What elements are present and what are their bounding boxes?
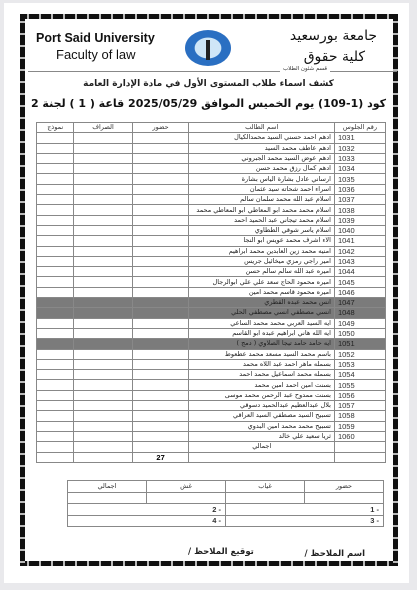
cashier-cell[interactable] [74,277,132,287]
summary-header-row: حضور غياب غش اجمالي [68,481,384,493]
attendance-cell[interactable] [132,184,189,194]
student-name: انس محمد عبده القطري [189,298,334,308]
attendance-cell[interactable] [132,328,189,338]
total-value: 27 [132,452,189,462]
student-name: انسي مصطفي انسي مصطفي الحلي [189,308,334,318]
table-header-row: رقم الجلوس اسم الطالب حضور الصراف نموذج [37,123,386,133]
student-name: ايه السيد العربي محمد محمد الساعي [189,318,334,328]
summary-item-2: - 2 [68,504,226,516]
cashier-cell[interactable] [74,215,132,225]
attendance-cell[interactable] [132,174,189,184]
attendance-cell[interactable] [132,205,189,215]
seat-number: 1046 [334,287,385,297]
table-row: 1037اسلام عبد الله محمد سلمان سالم [37,195,386,205]
form-cell[interactable] [37,256,74,266]
form-cell[interactable] [37,421,74,431]
attendance-cell[interactable] [132,380,189,390]
attendance-cell[interactable] [132,133,189,143]
seat-number: 1053 [334,359,385,369]
cashier-cell[interactable] [74,411,132,421]
seat-number: 1048 [334,308,385,318]
cashier-cell[interactable] [74,184,132,194]
table-row: 1048انسي مصطفي انسي مصطفي الحلي [37,308,386,318]
col-cashier: الصراف [74,123,132,133]
table-row: 1031ادهم احمد حسني السيد محمدالكيال [37,133,386,143]
cashier-cell[interactable] [74,401,132,411]
seat-number: 1055 [334,380,385,390]
document-title: كشف اسماء طلاب المستوى الأول في مادة الإ… [0,79,417,89]
student-name: امير راجي رمزي ميخائيل جريس [189,256,334,266]
student-name: بسمله محمد اسماعيل محمد احمد [189,370,334,380]
form-cell[interactable] [37,359,74,369]
form-cell[interactable] [37,195,74,205]
cashier-cell[interactable] [74,174,132,184]
form-cell[interactable] [37,164,74,174]
col-student-name: اسم الطالب [189,123,334,133]
col-seat-number: رقم الجلوس [334,123,385,133]
seat-number: 1047 [334,298,385,308]
form-cell[interactable] [37,390,74,400]
total-value-row: 27 [37,452,386,462]
cashier-cell[interactable] [74,308,132,318]
seat-number: 1041 [334,236,385,246]
attendance-cell[interactable] [132,411,189,421]
cashier-cell[interactable] [74,133,132,143]
cashier-cell[interactable] [74,380,132,390]
table-row: 1044اميره عبد الله سالم سالم حسن [37,267,386,277]
form-cell[interactable] [37,411,74,421]
attendance-cell[interactable] [132,153,189,163]
faculty-name-en: Faculty of law [56,47,135,62]
student-name: بسمله ماهر احمد عبد اللاه محمد [189,359,334,369]
attendance-cell[interactable] [132,431,189,441]
table-row: 1055بسنت امين احمد امين محمد [37,380,386,390]
attendance-cell[interactable] [132,308,189,318]
table-row: 1038اسلام محمد محمد ابو المعاطي ابو المع… [37,205,386,215]
university-name-en: Port Said University [36,31,155,45]
form-cell[interactable] [37,133,74,143]
university-logo-icon [185,30,231,66]
student-name: ادهم عوض السيد محمد الجبروني [189,153,334,163]
student-name: اميره عبد الله سالم سالم حسن [189,267,334,277]
form-cell[interactable] [37,370,74,380]
observer-name-label: اسم الملاحظ / [305,549,365,559]
observer-signature-label: توقيع الملاحظ / [188,547,254,557]
cashier-cell[interactable] [74,328,132,338]
table-row: 1051ايه حامد حامد تيجا الصلاوي ( دمج ) [37,339,386,349]
cashier-cell[interactable] [74,236,132,246]
table-row: 1034ادهم كمال رزق محمد حسن [37,164,386,174]
form-cell[interactable] [37,143,74,153]
summary-item-3: - 3 [226,515,384,527]
seat-number: 1039 [334,215,385,225]
table-row: 1046اميره محمود قاسم محمد امين [37,287,386,297]
seat-number: 1058 [334,411,385,421]
table-row: 1054بسمله محمد اسماعيل محمد احمد [37,370,386,380]
student-name: ارساني عادل بشارة الياس بشارة [189,174,334,184]
table-row: 1033ادهم عوض السيد محمد الجبروني [37,153,386,163]
student-name: بسنت ممدوح عبد الرحمن محمد موسى [189,390,334,400]
table-row: 1036اسراء احمد شحاته سيد عثمان [37,184,386,194]
col-attendance: حضور [132,123,189,133]
seat-number: 1038 [334,205,385,215]
seat-number: 1056 [334,390,385,400]
seat-number: 1045 [334,277,385,287]
student-name: ادهم كمال رزق محمد حسن [189,164,334,174]
student-name: اسلام عبد الله محمد سلمان سالم [189,195,334,205]
attendance-cell[interactable] [132,246,189,256]
col-form: نموذج [37,123,74,133]
attendance-cell[interactable] [132,225,189,235]
total-label: اجمالي [189,442,334,452]
seat-number: 1042 [334,246,385,256]
student-name: اسلام ياسر شوقي الططاوي [189,225,334,235]
attendance-cell[interactable] [132,256,189,266]
table-row: 1042امنيه محمد زين العابدين محمد ابراهيم [37,246,386,256]
table-row: 1045اميره محمود الحاج سعد علي علي ابوالر… [37,277,386,287]
cashier-cell[interactable] [74,256,132,266]
student-name: تسبيح محمد محمد امين البدوي [189,421,334,431]
seat-number: 1040 [334,225,385,235]
attendance-cell[interactable] [132,267,189,277]
form-cell[interactable] [37,277,74,287]
faculty-name-ar: كلية حقوق [304,49,365,65]
table-row: 1049ايه السيد العربي محمد محمد الساعي [37,318,386,328]
form-cell[interactable] [37,298,74,308]
cashier-cell[interactable] [74,205,132,215]
attendance-cell[interactable] [132,195,189,205]
table-row: 1047انس محمد عبده القطري [37,298,386,308]
cashier-cell[interactable] [74,246,132,256]
cashier-cell[interactable] [74,287,132,297]
form-cell[interactable] [37,328,74,338]
student-name: اسراء احمد شحاته سيد عثمان [189,184,334,194]
seat-number: 1049 [334,318,385,328]
form-cell[interactable] [37,225,74,235]
student-name: اميره محمود الحاج سعد علي علي ابوالرجال [189,277,334,287]
form-cell[interactable] [37,380,74,390]
table-row: 1053بسمله ماهر احمد عبد اللاه محمد [37,359,386,369]
student-name: الاء اشرف محمد عويس ابو النجا [189,236,334,246]
form-cell[interactable] [37,246,74,256]
seat-number: 1052 [334,349,385,359]
seat-number: 1036 [334,184,385,194]
seat-number: 1034 [334,164,385,174]
seat-number: 1057 [334,401,385,411]
summary-item-1: - 1 [226,504,384,516]
cashier-cell[interactable] [74,349,132,359]
seat-number: 1051 [334,339,385,349]
student-name: بلال عبدالعظيم عبدالحميد دسوقي [189,401,334,411]
attendance-cell[interactable] [132,370,189,380]
form-cell[interactable] [37,308,74,318]
summary-table: حضور غياب غش اجمالي - 1 - 2 - 3 - 4 [67,480,384,527]
cashier-cell[interactable] [74,298,132,308]
summary-empty-row [68,492,384,504]
student-name: ايه الله هاني ابراهيم عبده ابو القاسم [189,328,334,338]
students-table: رقم الجلوس اسم الطالب حضور الصراف نموذج … [36,122,386,463]
cashier-cell[interactable] [74,390,132,400]
attendance-cell[interactable] [132,277,189,287]
summary-line-1: - 1 - 2 [68,504,384,516]
cashier-cell[interactable] [74,225,132,235]
attendance-cell[interactable] [132,401,189,411]
cashier-cell[interactable] [74,318,132,328]
table-row: 1059تسبيح محمد محمد امين البدوي [37,421,386,431]
form-cell[interactable] [37,431,74,441]
attendance-cell[interactable] [132,390,189,400]
cashier-cell[interactable] [74,153,132,163]
form-cell[interactable] [37,339,74,349]
exam-details: كود (1-109) يوم الخميس الموافق 2025/05/2… [0,97,417,110]
cashier-cell[interactable] [74,267,132,277]
table-row: 1052باسم محمد السيد مسعد محمد عطعوط [37,349,386,359]
cashier-cell[interactable] [74,143,132,153]
attendance-cell[interactable] [132,236,189,246]
border-bottom [20,561,398,566]
student-name: تسبيح السيد مصطفي السيد العراقي [189,411,334,421]
form-cell[interactable] [37,401,74,411]
attendance-cell[interactable] [132,421,189,431]
attendance-cell[interactable] [132,339,189,349]
summary-total: اجمالي [68,481,147,493]
table-row: 1039اسلام محمد تيجاني عبد الحميد احمد [37,215,386,225]
table-row: 1050ايه الله هاني ابراهيم عبده ابو القاس… [37,328,386,338]
student-name: امنيه محمد زين العابدين محمد ابراهيم [189,246,334,256]
cashier-cell[interactable] [74,359,132,369]
attendance-cell[interactable] [132,359,189,369]
cashier-cell[interactable] [74,164,132,174]
seat-number: 1037 [334,195,385,205]
student-name: ادهم عاطف محمد السيد [189,143,334,153]
seat-number: 1060 [334,431,385,441]
seat-number: 1033 [334,153,385,163]
table-row: 1041الاء اشرف محمد عويس ابو النجا [37,236,386,246]
cashier-cell[interactable] [74,195,132,205]
seat-number: 1032 [334,143,385,153]
seat-number: 1044 [334,267,385,277]
student-name: ايه حامد حامد تيجا الصلاوي ( دمج ) [189,339,334,349]
university-name-ar: جامعة بورسعيد [290,28,377,44]
border-top [20,14,398,19]
form-cell[interactable] [37,153,74,163]
table-row: 1056بسنت ممدوح عبد الرحمن محمد موسى [37,390,386,400]
table-row: 1058تسبيح السيد مصطفي السيد العراقي [37,411,386,421]
summary-absence: غياب [226,481,305,493]
seat-number: 1035 [334,174,385,184]
table-row: 1032ادهم عاطف محمد السيد [37,143,386,153]
form-cell[interactable] [37,318,74,328]
attendance-cell[interactable] [132,318,189,328]
attendance-cell[interactable] [132,287,189,297]
student-name: بسنت امين احمد امين محمد [189,380,334,390]
attendance-cell[interactable] [132,349,189,359]
student-name: اسلام محمد تيجاني عبد الحميد احمد [189,215,334,225]
table-row: 1043امير راجي رمزي ميخائيل جريس [37,256,386,266]
table-row: 1040اسلام ياسر شوقي الططاوي [37,225,386,235]
student-name: باسم محمد السيد مسعد محمد عطعوط [189,349,334,359]
form-cell[interactable] [37,174,74,184]
seat-number: 1050 [334,328,385,338]
attendance-cell[interactable] [132,143,189,153]
form-cell[interactable] [37,236,74,246]
attendance-cell[interactable] [132,298,189,308]
seat-number: 1054 [334,370,385,380]
department-label: قسم شئون الطلاب [280,66,330,72]
total-label-row: اجمالي [37,442,386,452]
form-cell[interactable] [37,287,74,297]
cashier-cell[interactable] [74,431,132,441]
form-cell[interactable] [37,215,74,225]
table-row: 1060ثريا سعيد علي خالد [37,431,386,441]
form-cell[interactable] [37,205,74,215]
seat-number: 1059 [334,421,385,431]
table-row: 1035ارساني عادل بشارة الياس بشارة [37,174,386,184]
student-name: ادهم احمد حسني السيد محمدالكيال [189,133,334,143]
summary-cheating: غش [147,481,226,493]
form-cell[interactable] [37,349,74,359]
attendance-cell[interactable] [132,215,189,225]
cashier-cell[interactable] [74,370,132,380]
summary-line-2: - 3 - 4 [68,515,384,527]
cashier-cell[interactable] [74,421,132,431]
cashier-cell[interactable] [74,339,132,349]
form-cell[interactable] [37,184,74,194]
seat-number: 1043 [334,256,385,266]
form-cell[interactable] [37,267,74,277]
student-name: اميره محمود قاسم محمد امين [189,287,334,297]
student-name: اسلام محمد محمد ابو المعاطي ابو المعاطي … [189,205,334,215]
student-name: ثريا سعيد علي خالد [189,431,334,441]
header-divider [28,71,397,72]
summary-attendance: حضور [305,481,384,493]
table-row: 1057بلال عبدالعظيم عبدالحميد دسوقي [37,401,386,411]
attendance-cell[interactable] [132,164,189,174]
summary-item-4: - 4 [68,515,226,527]
seat-number: 1031 [334,133,385,143]
